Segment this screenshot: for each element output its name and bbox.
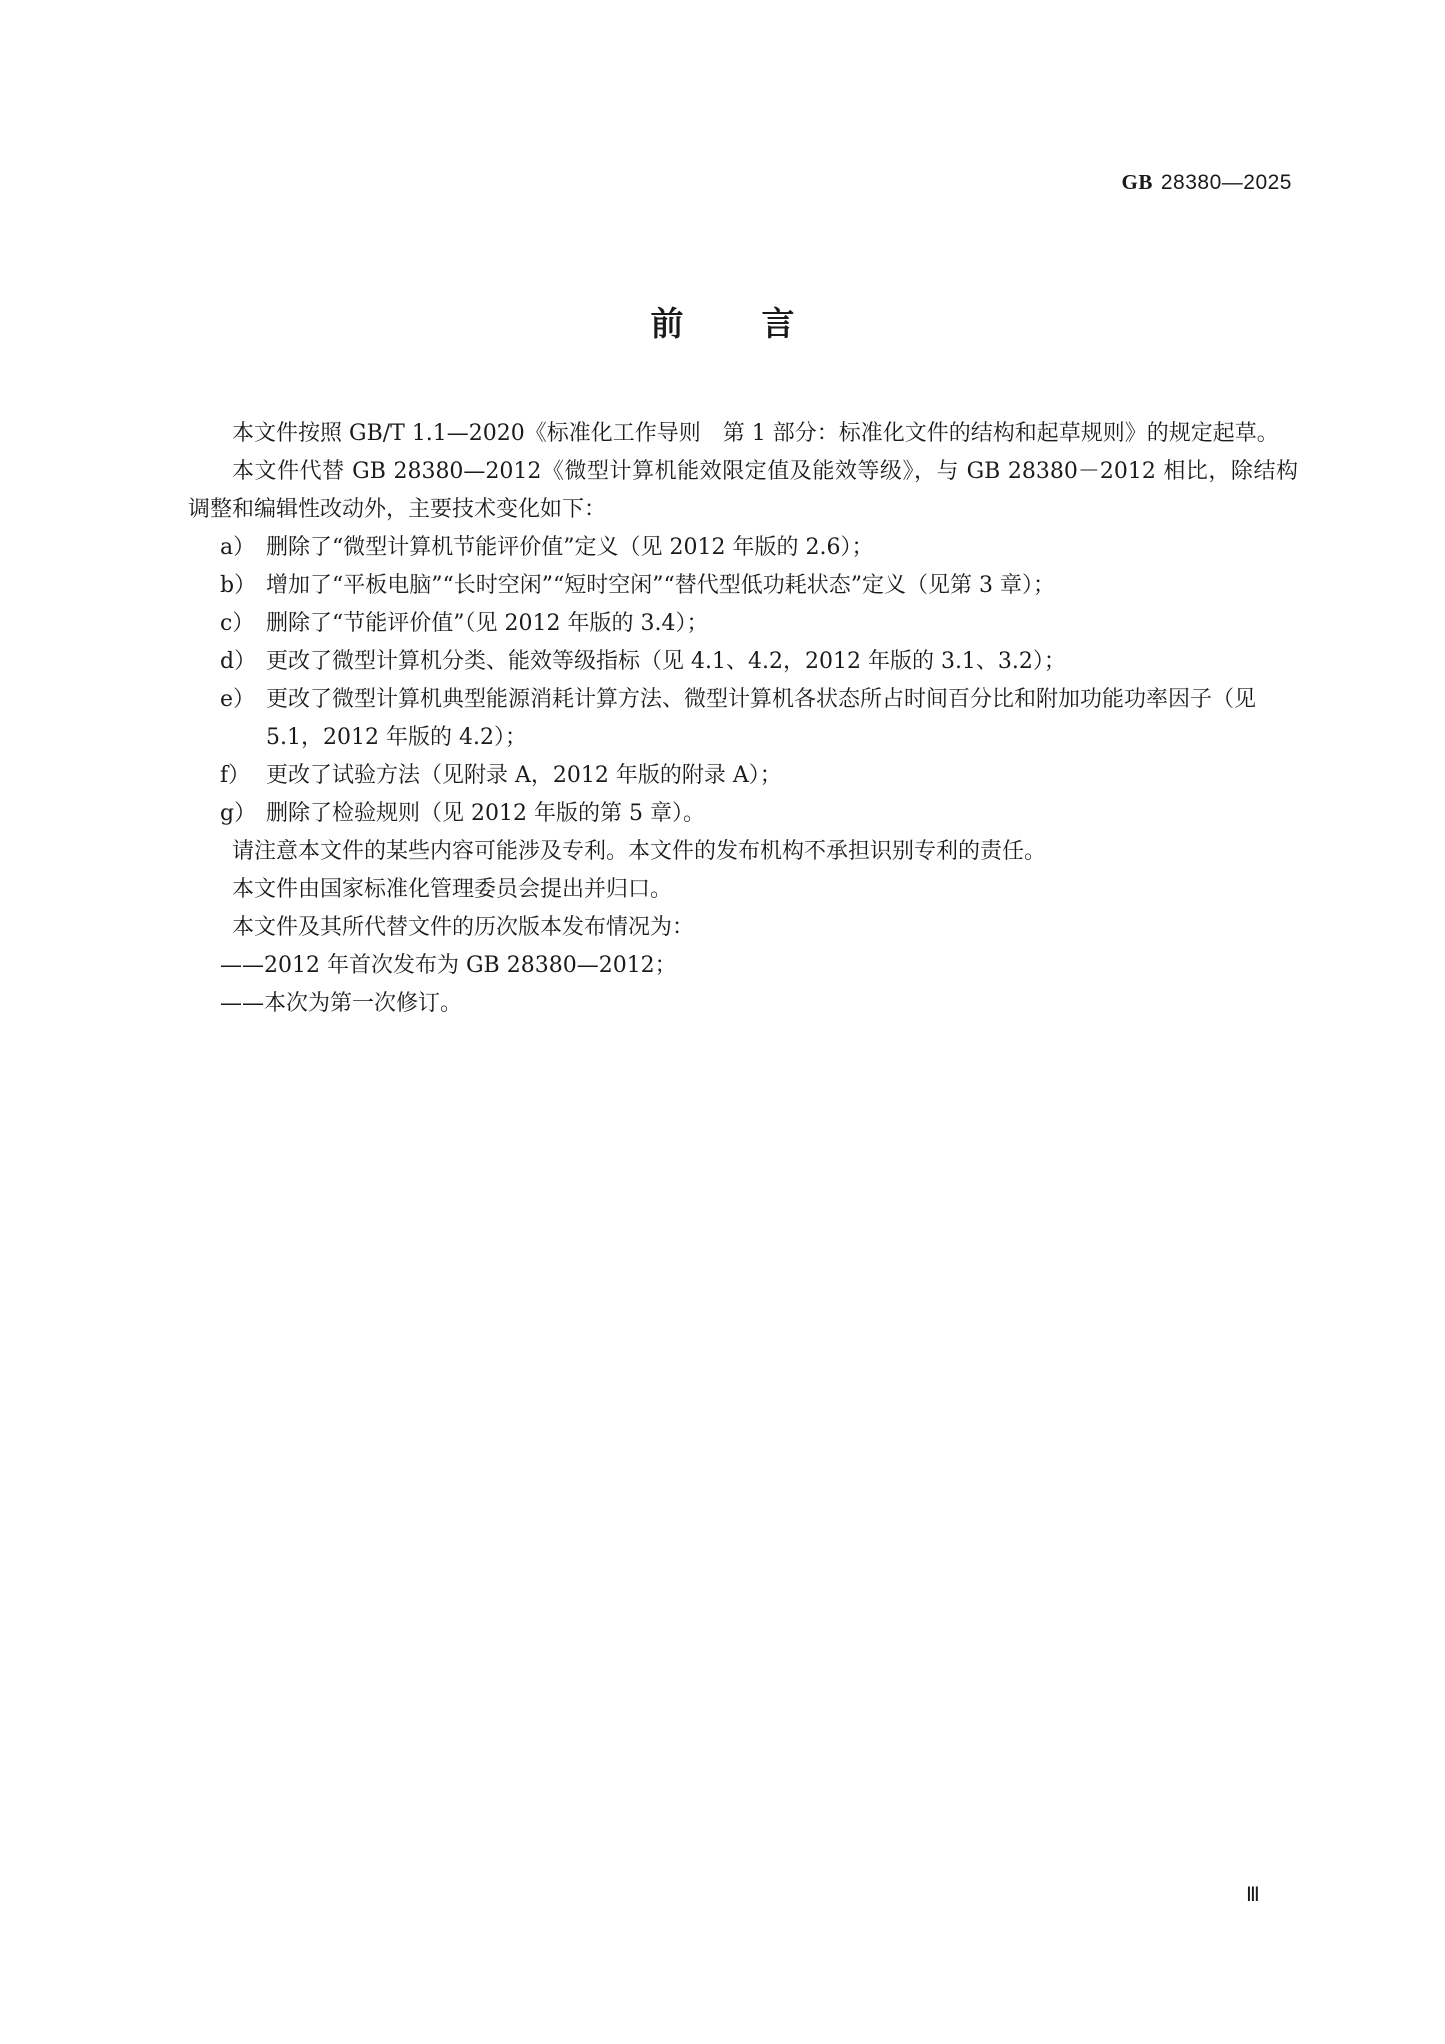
list-item: c）删除了“节能评价值”（见 2012 年版的 3.4）； [188, 605, 1298, 643]
list-item: d）更改了微型计算机分类、能效等级指标（见 4.1、4.2，2012 年版的 3… [188, 643, 1298, 681]
item-text: 删除了检验规则（见 2012 年版的第 5 章）。 [266, 795, 1298, 833]
paragraph-history-intro: 本文件及其所代替文件的历次版本发布情况为： [188, 909, 1298, 947]
item-label: g） [220, 795, 266, 833]
item-label: d） [220, 643, 266, 681]
paragraph-proposer: 本文件由国家标准化管理委员会提出并归口。 [188, 871, 1298, 909]
item-label: b） [220, 567, 266, 605]
item-text: 更改了微型计算机分类、能效等级指标（见 4.1、4.2，2012 年版的 3.1… [266, 643, 1298, 681]
standard-number: GB28380—2025 [1122, 170, 1292, 195]
list-item: g）删除了检验规则（见 2012 年版的第 5 章）。 [188, 795, 1298, 833]
list-item: f）更改了试验方法（见附录 A，2012 年版的附录 A）； [188, 757, 1298, 795]
item-text: 更改了试验方法（见附录 A，2012 年版的附录 A）； [266, 757, 1298, 795]
list-item: b）增加了“平板电脑”“长时空闲”“短时空闲”“替代型低功耗状态”定义（见第 3… [188, 567, 1298, 605]
item-label: e） [220, 681, 266, 757]
standard-code: 28380—2025 [1161, 171, 1292, 194]
item-text: 增加了“平板电脑”“长时空闲”“短时空闲”“替代型低功耗状态”定义（见第 3 章… [266, 567, 1298, 605]
history-item: ——本次为第一次修订。 [188, 985, 1298, 1023]
foreword-body: 本文件按照 GB/T 1.1—2020《标准化工作导则 第 1 部分：标准化文件… [188, 415, 1298, 1023]
change-list: a）删除了“微型计算机节能评价值”定义（见 2012 年版的 2.6）； b）增… [188, 529, 1298, 833]
page-number: Ⅲ [1246, 1882, 1260, 1907]
item-label: a） [220, 529, 266, 567]
paragraph-drafting-rules: 本文件按照 GB/T 1.1—2020《标准化工作导则 第 1 部分：标准化文件… [188, 415, 1298, 453]
item-text: 删除了“微型计算机节能评价值”定义（见 2012 年版的 2.6）； [266, 529, 1298, 567]
item-text: 删除了“节能评价值”（见 2012 年版的 3.4）； [266, 605, 1298, 643]
list-item: e）更改了微型计算机典型能源消耗计算方法、微型计算机各状态所占时间百分比和附加功… [188, 681, 1298, 757]
list-item: a）删除了“微型计算机节能评价值”定义（见 2012 年版的 2.6）； [188, 529, 1298, 567]
paragraph-patent-notice: 请注意本文件的某些内容可能涉及专利。本文件的发布机构不承担识别专利的责任。 [188, 833, 1298, 871]
page-title: 前言 [0, 298, 1445, 345]
item-label: f） [220, 757, 266, 795]
paragraph-replacement: 本文件代替 GB 28380—2012《微型计算机能效限定值及能效等级》，与 G… [188, 453, 1298, 529]
item-label: c） [220, 605, 266, 643]
standard-prefix: GB [1122, 170, 1153, 194]
history-item: ——2012 年首次发布为 GB 28380—2012； [188, 947, 1298, 985]
item-text: 更改了微型计算机典型能源消耗计算方法、微型计算机各状态所占时间百分比和附加功能功… [266, 681, 1298, 757]
